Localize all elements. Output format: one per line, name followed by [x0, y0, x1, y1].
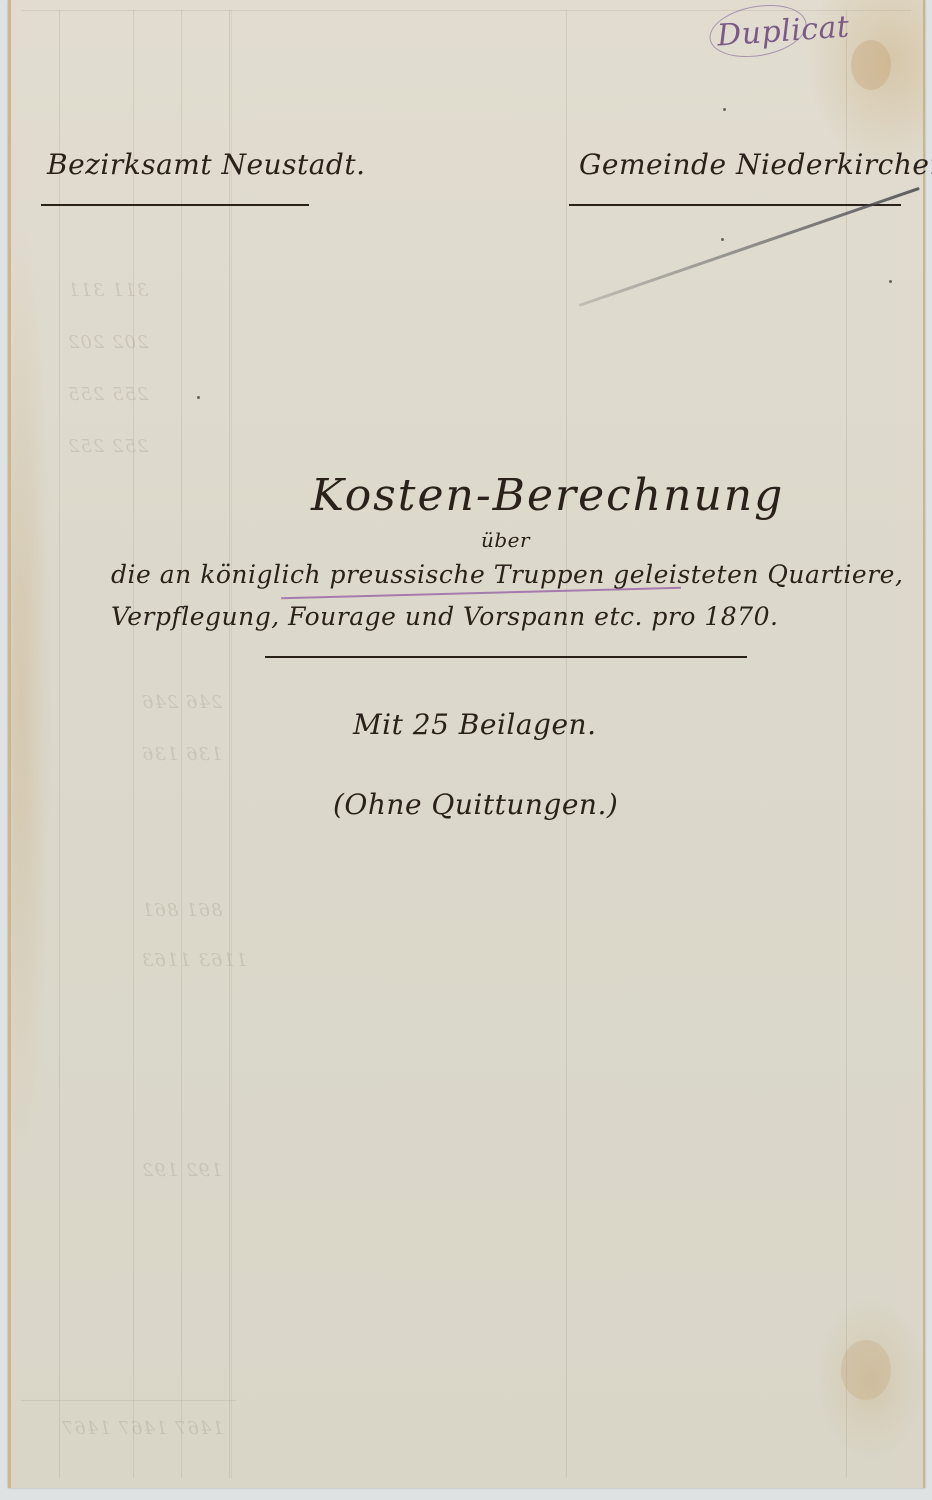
- title-underline: [265, 656, 747, 658]
- receipts-note: (Ohne Quittungen.): [333, 788, 618, 821]
- header-underline-left: [41, 204, 309, 206]
- foxing-stain: [851, 40, 891, 90]
- ruling-line: [59, 10, 60, 1478]
- description-line-1: die an königlich preussische Truppen gel…: [111, 560, 903, 589]
- ink-speck: [197, 396, 200, 399]
- ruling-line: [846, 10, 847, 1478]
- bleed-text: 246 246: [141, 692, 222, 713]
- bleed-text: 202 202: [67, 332, 148, 353]
- paper-sheet: 311 311 202 202 255 255 252 252 246 246 …: [8, 0, 925, 1488]
- bleed-text: 1467 1467 1467: [61, 1418, 224, 1439]
- ruling-line: [231, 10, 232, 1478]
- bleed-text: 255 255: [67, 384, 148, 405]
- foxing-stain: [841, 1340, 891, 1400]
- district-office-heading: Bezirksamt Neustadt.: [47, 148, 365, 181]
- ruling-line: [566, 10, 567, 1478]
- ruling-line: [229, 10, 230, 1478]
- ruling-bottom: [21, 1400, 236, 1401]
- municipality-heading: Gemeinde Niederkirchen.: [579, 148, 932, 181]
- bleed-text: 192 192: [141, 1160, 222, 1181]
- bleed-text: 252 252: [67, 436, 148, 457]
- ink-speck: [889, 280, 892, 283]
- ink-speck: [721, 238, 724, 241]
- ruling-line: [133, 10, 134, 1478]
- description-line-2: Verpflegung, Fourage und Vorspann etc. p…: [111, 602, 778, 631]
- attachments-note: Mit 25 Beilagen.: [353, 708, 596, 741]
- ink-speck: [723, 108, 726, 111]
- bleed-text: 136 136: [141, 744, 222, 765]
- header-underline-right: [569, 204, 901, 206]
- bleed-text: 311 311: [67, 280, 148, 301]
- document-title: Kosten-Berechnung: [311, 470, 784, 521]
- bleed-text: 1163 1163: [141, 950, 247, 971]
- scan-background: 311 311 202 202 255 255 252 252 246 246 …: [0, 0, 932, 1500]
- bleed-text: 861 861: [141, 900, 222, 921]
- title-connector: über: [481, 528, 530, 552]
